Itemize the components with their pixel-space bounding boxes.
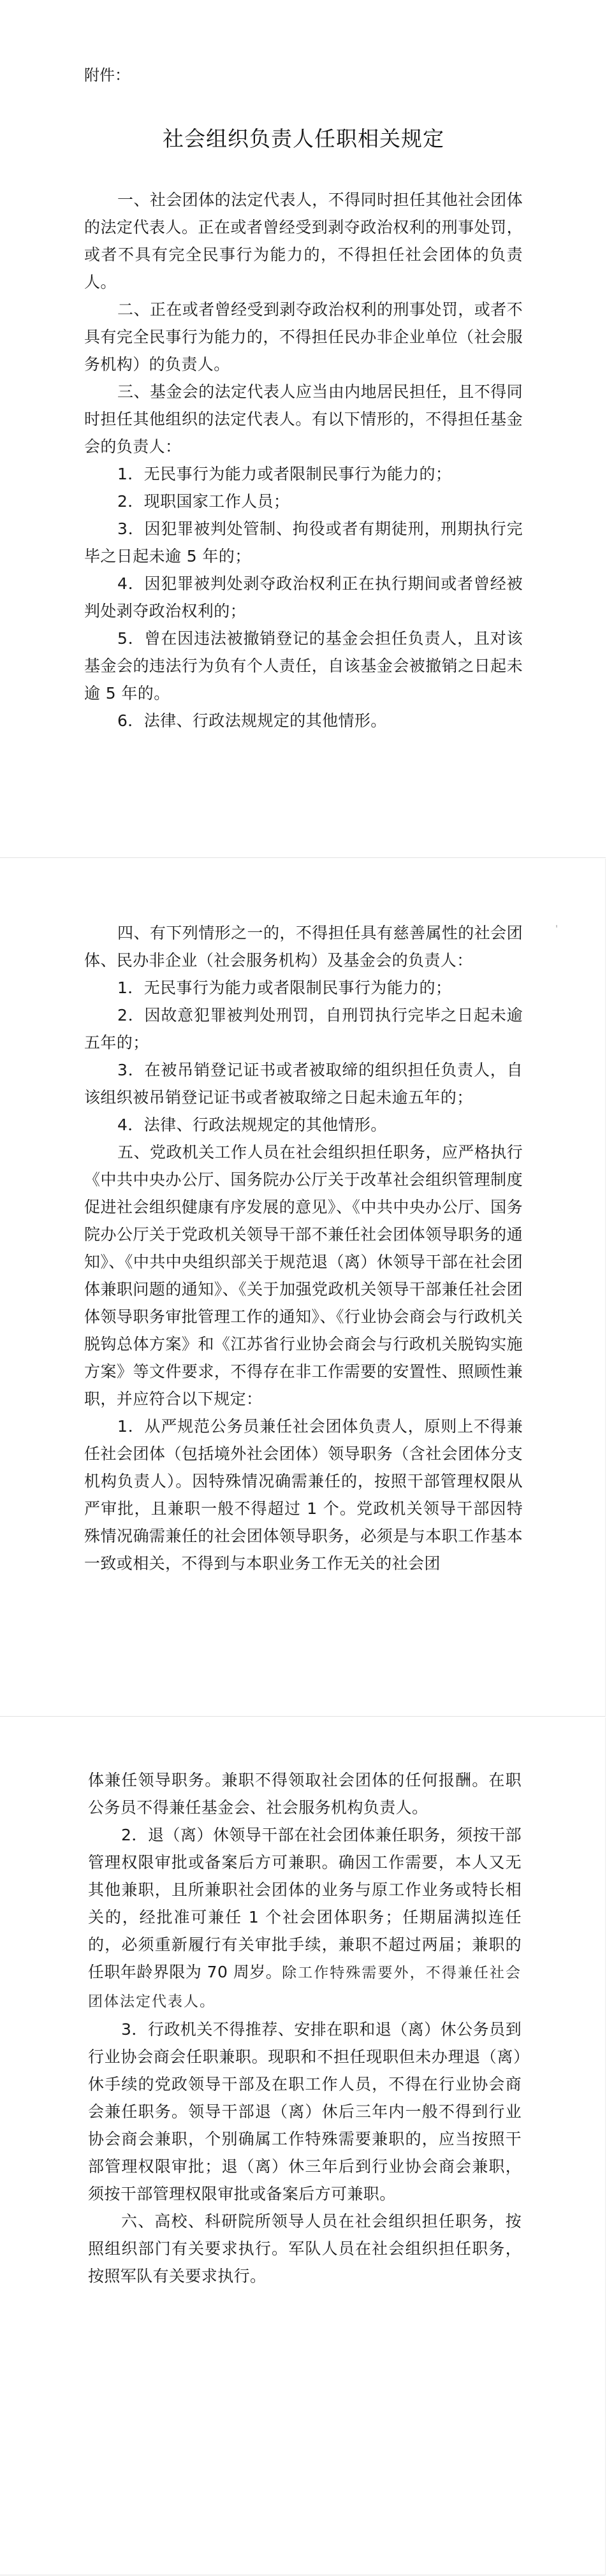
- document-page-1: 附件： 社会组织负责人任职相关规定 一、社会团体的法定代表人，不得同时担任其他社…: [0, 0, 606, 858]
- clause-4-item-2: 2．因故意犯罪被判处刑罚，自刑罚执行完毕之日起未逾五年的；: [84, 1001, 523, 1056]
- clause-5-item-3: 3．行政机关不得推荐、安排在职和退（离）休公务员到行业协会商会任职兼职。现职和不…: [88, 2016, 522, 2208]
- clause-5: 五、党政机关工作人员在社会组织担任职务，应严格执行《中共中央办公厅、国务院办公厅…: [84, 1139, 523, 1413]
- clause-3-item-1: 1．无民事行为能力或者限制民事行为能力的；: [84, 460, 523, 488]
- clause-3-item-5: 5．曾在因违法被撤销登记的基金会担任负责人，且对该基金会的违法行为负有个人责任，…: [84, 625, 523, 707]
- attachment-label: 附件：: [84, 66, 130, 85]
- document-page-2: 四、有下列情形之一的，不得担任具有慈善属性的社会团体、民办非企业（社会服务机构）…: [0, 859, 606, 1717]
- clause-1: 一、社会团体的法定代表人，不得同时担任其他社会团体的法定代表人。正在或者曾经受到…: [84, 186, 523, 296]
- clause-4-item-3: 3．在被吊销登记证书或者被取缔的组织担任负责人，自该组织被吊销登记证书或者被取缔…: [84, 1056, 523, 1111]
- clause-3-item-2: 2．现职国家工作人员；: [84, 488, 523, 515]
- document-title: 社会组织负责人任职相关规定: [0, 125, 607, 153]
- document-page-3: 体兼任领导职务。兼职不得领取社会团体的任何报酬。在职公务员不得兼任基金会、社会服…: [0, 1717, 606, 2575]
- page-2-body: 四、有下列情形之一的，不得担任具有慈善属性的社会团体、民办非企业（社会服务机构）…: [84, 919, 523, 1577]
- clause-4-item-4: 4．法律、行政法规规定的其他情形。: [84, 1111, 523, 1139]
- clause-4-item-1: 1．无民事行为能力或者限制民事行为能力的；: [84, 974, 523, 1001]
- clause-5-item-2-main: 2．退（离）休领导干部在社会团体兼任职务，须按干部管理权限审批或备案后方可兼职。…: [88, 1826, 522, 1981]
- clause-3: 三、基金会的法定代表人应当由内地居民担任，且不得同时担任其他组织的法定代表人。有…: [84, 378, 523, 460]
- clause-5-item-2: 2．退（离）休领导干部在社会团体兼任职务，须按干部管理权限审批或备案后方可兼职。…: [88, 1821, 522, 2016]
- clause-3-item-4: 4．因犯罪被判处剥夺政治权利正在执行期间或者曾经被判处剥夺政治权利的；: [84, 570, 523, 625]
- clause-5-item-1-continuation: 体兼任领导职务。兼职不得领取社会团体的任何报酬。在职公务员不得兼任基金会、社会服…: [88, 1766, 522, 1821]
- page-1-body: 一、社会团体的法定代表人，不得同时担任其他社会团体的法定代表人。正在或者曾经受到…: [84, 186, 523, 734]
- clause-3-item-6: 6．法律、行政法规规定的其他情形。: [84, 707, 523, 734]
- clause-6: 六、高校、科研院所领导人员在社会组织担任职务，按照组织部门有关要求执行。军队人员…: [88, 2208, 522, 2290]
- clause-4: 四、有下列情形之一的，不得担任具有慈善属性的社会团体、民办非企业（社会服务机构）…: [84, 919, 523, 974]
- page-3-body: 体兼任领导职务。兼职不得领取社会团体的任何报酬。在职公务员不得兼任基金会、社会服…: [88, 1766, 522, 2290]
- clause-2: 二、正在或者曾经受到剥夺政治权利的刑事处罚，或者不具有完全民事行为能力的，不得担…: [84, 296, 523, 378]
- clause-5-item-1: 1．从严规范公务员兼任社会团体负责人，原则上不得兼任社会团体（包括境外社会团体）…: [84, 1413, 523, 1577]
- scan-speck: [556, 925, 557, 928]
- clause-3-item-3: 3．因犯罪被判处管制、拘役或者有期徒刑，刑期执行完毕之日起未逾 5 年的；: [84, 515, 523, 570]
